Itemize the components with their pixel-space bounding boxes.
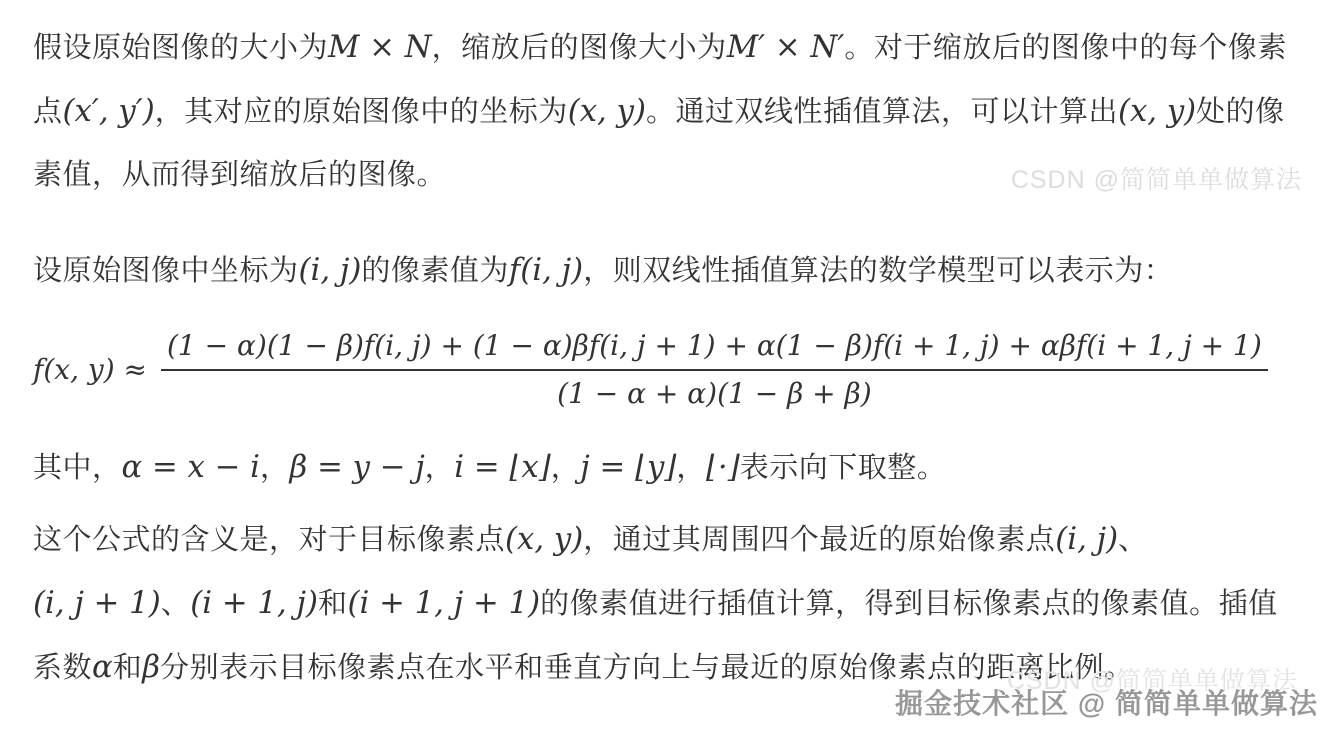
text-run: ， — [676, 452, 706, 484]
math-run: (i, j) — [1055, 521, 1118, 557]
text-run: 表示向下取整。 — [740, 452, 947, 484]
text-run: 和 — [318, 588, 348, 620]
math-run: (i, j) — [299, 252, 362, 288]
text-run: ，其对应的原始图像中的坐标为 — [155, 96, 568, 128]
math-run: f(i, j) — [509, 252, 583, 288]
text-run: ，通过其周围四个最近的原始像素点 — [583, 524, 1055, 556]
math-run: (i + 1, j) — [190, 585, 318, 621]
text-run: 假设原始图像的大小为 — [33, 32, 328, 64]
paragraph-explanation: 这个公式的含义是，对于目标像素点(x, y)，通过其周围四个最近的原始像素点(i… — [33, 508, 1301, 700]
formula-numerator: (1 − α)(1 − β)f(i, j) + (1 − α)βf(i, j +… — [161, 329, 1268, 371]
formula-lhs: f(x, y) ≈ — [33, 353, 161, 386]
math-run: (x, y) — [505, 521, 583, 557]
article-content: 假设原始图像的大小为M × N，缩放后的图像大小为M′ × N′。对于缩放后的图… — [33, 0, 1301, 700]
math-run: β = y − j — [290, 449, 425, 485]
math-run: M × N — [328, 29, 432, 65]
text-run: ， — [260, 452, 290, 484]
text-run: ，则双线性插值算法的数学模型可以表示为： — [583, 255, 1173, 287]
text-run: ，缩放后的图像大小为 — [432, 32, 727, 64]
text-run: 的像素值为 — [361, 255, 509, 287]
text-run: 和 — [113, 652, 143, 684]
text-run: 这个公式的含义是，对于目标像素点 — [33, 524, 505, 556]
math-run: j = ⌊y⌋ — [580, 449, 676, 485]
math-run: α — [92, 649, 113, 685]
bilinear-interpolation-formula: f(x, y) ≈ (1 − α)(1 − β)f(i, j) + (1 − α… — [33, 329, 1301, 410]
text-run: 其中， — [33, 452, 122, 484]
math-run: (i + 1, j + 1) — [348, 585, 541, 621]
math-run: (x, y) — [1118, 93, 1196, 129]
text-run: ， — [425, 452, 455, 484]
math-run: (x′, y′) — [63, 93, 155, 129]
article-page: 假设原始图像的大小为M × N，缩放后的图像大小为M′ × N′。对于缩放后的图… — [0, 0, 1334, 732]
text-run: 。通过双线性插值算法，可以计算出 — [646, 96, 1118, 128]
paragraph-definitions: 其中，α = x − i，β = y − j，i = ⌊x⌋，j = ⌊y⌋，⌊… — [33, 436, 1301, 500]
math-run: i = ⌊x⌋ — [454, 449, 550, 485]
formula-denominator: (1 − α + α)(1 − β + β) — [161, 371, 1268, 410]
math-run: (x, y) — [568, 93, 646, 129]
math-run: ⌊·⌋ — [706, 449, 740, 485]
text-run: 分别表示目标像素点在水平和垂直方向上与最近的原始像素点的距离比例。 — [160, 652, 1134, 684]
math-run: M′ × N′ — [727, 29, 845, 65]
text-run: 设原始图像中坐标为 — [33, 255, 299, 287]
text-run: 、 — [1118, 524, 1148, 556]
math-run: β — [142, 649, 160, 685]
paragraph-model-intro: 设原始图像中坐标为(i, j)的像素值为f(i, j)，则双线性插值算法的数学模… — [33, 239, 1301, 303]
text-run: ， — [551, 452, 581, 484]
formula-fraction: (1 − α)(1 − β)f(i, j) + (1 − α)βf(i, j +… — [161, 329, 1268, 410]
math-run: α = x − i — [122, 449, 261, 485]
math-run: (i, j + 1) — [33, 585, 161, 621]
paragraph-intro: 假设原始图像的大小为M × N，缩放后的图像大小为M′ × N′。对于缩放后的图… — [33, 16, 1301, 207]
text-run: 、 — [161, 588, 191, 620]
